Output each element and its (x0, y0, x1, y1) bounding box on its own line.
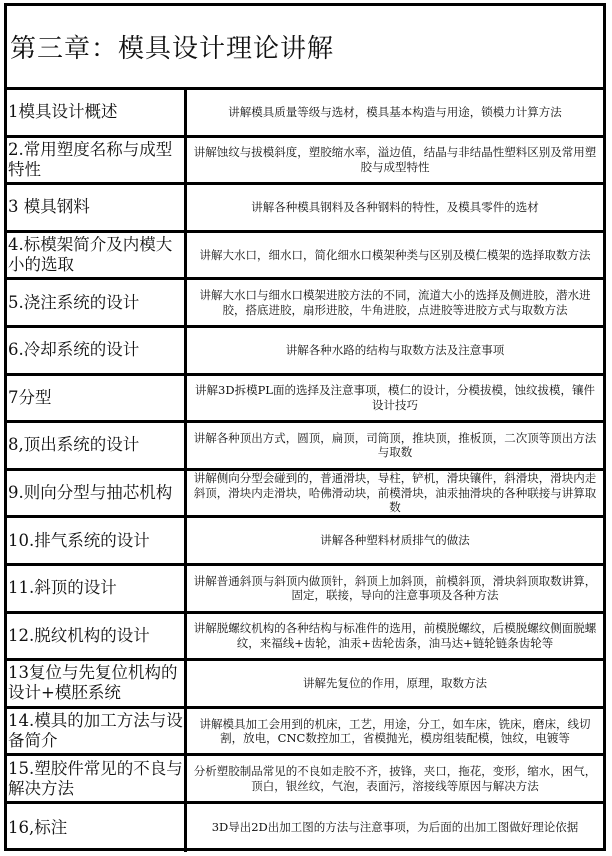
topic-cell: 8,顶出系统的设计 (7, 423, 187, 468)
description-cell: 讲解脱螺纹机构的各种结构与标准件的选用，前模脱螺纹，后模脱螺纹侧面脱螺纹，来福线… (187, 614, 603, 659)
description-cell: 分析塑胶制品常见的不良如走胶不齐，披锋，夹口，拖花，变形，缩水，困气，顶白，银丝… (187, 756, 603, 801)
table-row: 4.标模架简介及内模大小的选取讲解大水口，细水口，简化细水口模架种类与区别及模仁… (7, 233, 603, 281)
description-cell: 讲解3D拆模PL面的选择及注意事项，模仁的设计，分模拔模，蚀纹拔模，镶件设计技巧 (187, 376, 603, 421)
description-cell: 讲解侧向分型会碰到的，普通滑块，导柱，铲机，滑块镶件，斜滑块，滑块内走斜顶，滑块… (187, 471, 603, 516)
description-cell: 讲解蚀纹与拔模斜度，塑胶缩水率，溢边值，结晶与非结晶性塑料区别及常用塑胶与成型特… (187, 138, 603, 183)
table-row: 9.则向分型与抽芯机构讲解侧向分型会碰到的，普通滑块，导柱，铲机，滑块镶件，斜滑… (7, 471, 603, 519)
topic-cell: 15.塑胶件常见的不良与解决方法 (7, 756, 187, 801)
topic-cell: 16,标注 (7, 804, 187, 852)
topic-cell: 13复位与先复位机构的设计+模胚系统 (7, 661, 187, 706)
table-row: 5.浇注系统的设计讲解大水口与细水口模架进胶方法的不同，流道大小的选择及侧进胶，… (7, 280, 603, 328)
description-cell: 讲解模具加工会用到的机床，工艺，用途，分工，如车床，铣床，磨床，线切割，放电，C… (187, 709, 603, 754)
topic-cell: 12.脱纹机构的设计 (7, 614, 187, 659)
topic-cell: 5.浇注系统的设计 (7, 280, 187, 325)
description-cell: 讲解各种顶出方式，圆顶，扁顶，司筒顶，推块顶，推板顶，二次顶等顶出方法与取数 (187, 423, 603, 468)
table-row: 10.排气系统的设计讲解各种塑料材质排气的做法 (7, 518, 603, 566)
description-cell: 3D导出2D出加工图的方法与注意事项，为后面的出加工图做好理论依据 (187, 804, 603, 852)
description-cell: 讲解大水口，细水口，简化细水口模架种类与区别及模仁模架的选择取数方法 (187, 233, 603, 278)
table-row: 13复位与先复位机构的设计+模胚系统讲解先复位的作用，原理，取数方法 (7, 661, 603, 709)
description-cell: 讲解各种模具钢料及各种钢料的特性，及模具零件的选材 (187, 185, 603, 230)
description-cell: 讲解模具质量等级与选材，模具基本构造与用途，锁模力计算方法 (187, 90, 603, 135)
description-cell: 讲解各种水路的结构与取数方法及注意事项 (187, 328, 603, 373)
topic-cell: 9.则向分型与抽芯机构 (7, 471, 187, 516)
topic-cell: 7分型 (7, 376, 187, 421)
description-cell: 讲解先复位的作用，原理，取数方法 (187, 661, 603, 706)
table-row: 14.模具的加工方法与设备简介讲解模具加工会用到的机床，工艺，用途，分工，如车床… (7, 709, 603, 757)
topic-cell: 4.标模架简介及内模大小的选取 (7, 233, 187, 278)
table-row: 15.塑胶件常见的不良与解决方法分析塑胶制品常见的不良如走胶不齐，披锋，夹口，拖… (7, 756, 603, 804)
table-row: 16,标注3D导出2D出加工图的方法与注意事项，为后面的出加工图做好理论依据 (7, 804, 603, 852)
chapter-title: 第三章：模具设计理论讲解 (7, 6, 603, 90)
topic-cell: 2.常用塑度名称与成型特性 (7, 138, 187, 183)
table-row: 6.冷却系统的设计讲解各种水路的结构与取数方法及注意事项 (7, 328, 603, 376)
table-row: 11.斜顶的设计讲解普通斜顶与斜顶内做顶针，斜顶上加斜顶，前模斜顶，滑块斜顶取数… (7, 566, 603, 614)
description-cell: 讲解普通斜顶与斜顶内做顶针，斜顶上加斜顶，前模斜顶，滑块斜顶取数讲算，固定，联接… (187, 566, 603, 611)
table-row: 2.常用塑度名称与成型特性讲解蚀纹与拔模斜度，塑胶缩水率，溢边值，结晶与非结晶性… (7, 138, 603, 186)
topic-cell: 11.斜顶的设计 (7, 566, 187, 611)
table-row: 8,顶出系统的设计讲解各种顶出方式，圆顶，扁顶，司筒顶，推块顶，推板顶，二次顶等… (7, 423, 603, 471)
topic-cell: 6.冷却系统的设计 (7, 328, 187, 373)
topic-cell: 3 模具钢料 (7, 185, 187, 230)
topic-cell: 10.排气系统的设计 (7, 518, 187, 563)
description-cell: 讲解大水口与细水口模架进胶方法的不同，流道大小的选择及侧进胶，潜水进胶，搭底进胶… (187, 280, 603, 325)
table-row: 3 模具钢料讲解各种模具钢料及各种钢料的特性，及模具零件的选材 (7, 185, 603, 233)
table-row: 12.脱纹机构的设计讲解脱螺纹机构的各种结构与标准件的选用，前模脱螺纹，后模脱螺… (7, 614, 603, 662)
topic-cell: 1模具设计概述 (7, 90, 187, 135)
table-body: 1模具设计概述讲解模具质量等级与选材，模具基本构造与用途，锁模力计算方法2.常用… (7, 90, 603, 852)
table-row: 1模具设计概述讲解模具质量等级与选材，模具基本构造与用途，锁模力计算方法 (7, 90, 603, 138)
description-cell: 讲解各种塑料材质排气的做法 (187, 518, 603, 563)
course-table: 第三章：模具设计理论讲解 1模具设计概述讲解模具质量等级与选材，模具基本构造与用… (4, 3, 606, 851)
topic-cell: 14.模具的加工方法与设备简介 (7, 709, 187, 754)
table-row: 7分型讲解3D拆模PL面的选择及注意事项，模仁的设计，分模拔模，蚀纹拔模，镶件设… (7, 376, 603, 424)
